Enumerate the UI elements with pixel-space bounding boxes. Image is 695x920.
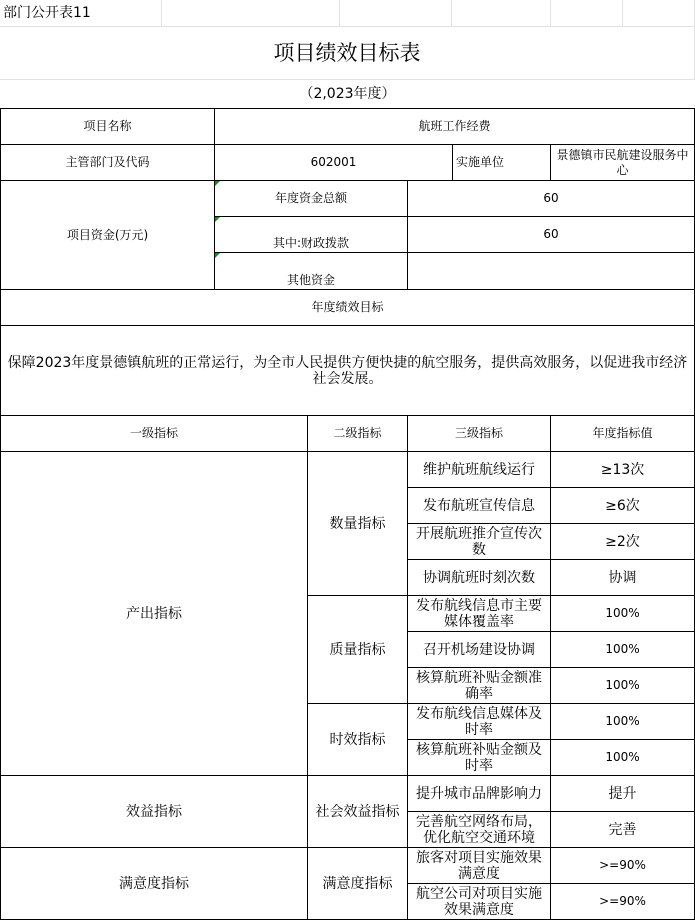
empty-cell	[551, 0, 623, 27]
level2-social-benefit: 社会效益指标	[307, 775, 408, 848]
project-name-value: 航班工作经费	[214, 108, 695, 145]
page-title: 项目绩效目标表	[0, 27, 695, 80]
sheet-label: 部门公开表11	[0, 0, 162, 27]
target-value: 100%	[550, 739, 695, 776]
target-value: 100%	[550, 595, 695, 632]
level3-item: 核算航班补贴金额准确率	[407, 667, 551, 704]
fund-other-label: 其他资金	[214, 252, 408, 290]
target-value: >=90%	[550, 883, 695, 920]
project-name-label: 项目名称	[0, 108, 215, 145]
level3-item: 提升城市品牌影响力	[407, 775, 551, 812]
fund-total-label: 年度资金总额	[214, 180, 408, 217]
empty-cell	[340, 0, 452, 27]
level3-item: 维护航班航线运行	[407, 451, 551, 488]
empty-cell	[452, 0, 551, 27]
target-value: 100%	[550, 703, 695, 740]
level3-item: 核算航班补贴金额及时率	[407, 739, 551, 776]
level3-item: 开展航班推介宣传次数	[407, 523, 551, 560]
level1-benefit: 效益指标	[0, 775, 308, 848]
target-value: 提升	[550, 775, 695, 812]
fund-other-value	[407, 252, 695, 290]
annual-goal-label: 年度绩效目标	[0, 289, 695, 326]
header-level2: 二级指标	[307, 415, 408, 452]
fund-total-value: 60	[407, 180, 695, 217]
impl-unit-value: 景德镇市民航建设服务中心	[550, 144, 695, 181]
annual-goal-text: 保障2023年度景德镇航班的正常运行，为全市人民提供方便快捷的航空服务，提供高效…	[0, 325, 695, 416]
level1-output: 产出指标	[0, 451, 308, 776]
target-value: 100%	[550, 631, 695, 668]
level2-timeliness: 时效指标	[307, 703, 408, 776]
target-value: 协调	[550, 559, 695, 596]
level3-item: 航空公司对项目实施效果满意度	[407, 883, 551, 920]
target-value: >=90%	[550, 847, 695, 884]
target-value: ≥2次	[550, 523, 695, 560]
level3-item: 发布航线信息媒体及时率	[407, 703, 551, 740]
empty-cell	[623, 0, 695, 27]
level3-item: 发布航线信息市主要媒体覆盖率	[407, 595, 551, 632]
level3-item: 协调航班时刻次数	[407, 559, 551, 596]
header-level1: 一级指标	[0, 415, 308, 452]
header-target: 年度指标值	[550, 415, 695, 452]
fund-fiscal-value: 60	[407, 216, 695, 253]
dept-code-value: 602001	[214, 144, 453, 181]
funds-label: 项目资金(万元)	[0, 180, 215, 290]
level2-quantity: 数量指标	[307, 451, 408, 596]
target-value: 100%	[550, 667, 695, 704]
target-value: ≥6次	[550, 487, 695, 524]
empty-cell	[162, 0, 340, 27]
target-value: ≥13次	[550, 451, 695, 488]
target-value: 完善	[550, 811, 695, 848]
level3-item: 召开机场建设协调	[407, 631, 551, 668]
level2-satisfaction: 满意度指标	[307, 847, 408, 920]
fund-fiscal-label: 其中:财政拨款	[214, 216, 408, 253]
year-label: （2,023年度）	[0, 80, 695, 109]
level3-item: 发布航班宣传信息	[407, 487, 551, 524]
header-level3: 三级指标	[407, 415, 551, 452]
level3-item: 旅客对项目实施效果满意度	[407, 847, 551, 884]
level3-item: 完善航空网络布局，优化航空交通环境	[407, 811, 551, 848]
level2-quality: 质量指标	[307, 595, 408, 704]
impl-unit-label: 实施单位	[452, 144, 551, 181]
level1-satisfaction: 满意度指标	[0, 847, 308, 920]
dept-label: 主管部门及代码	[0, 144, 215, 181]
